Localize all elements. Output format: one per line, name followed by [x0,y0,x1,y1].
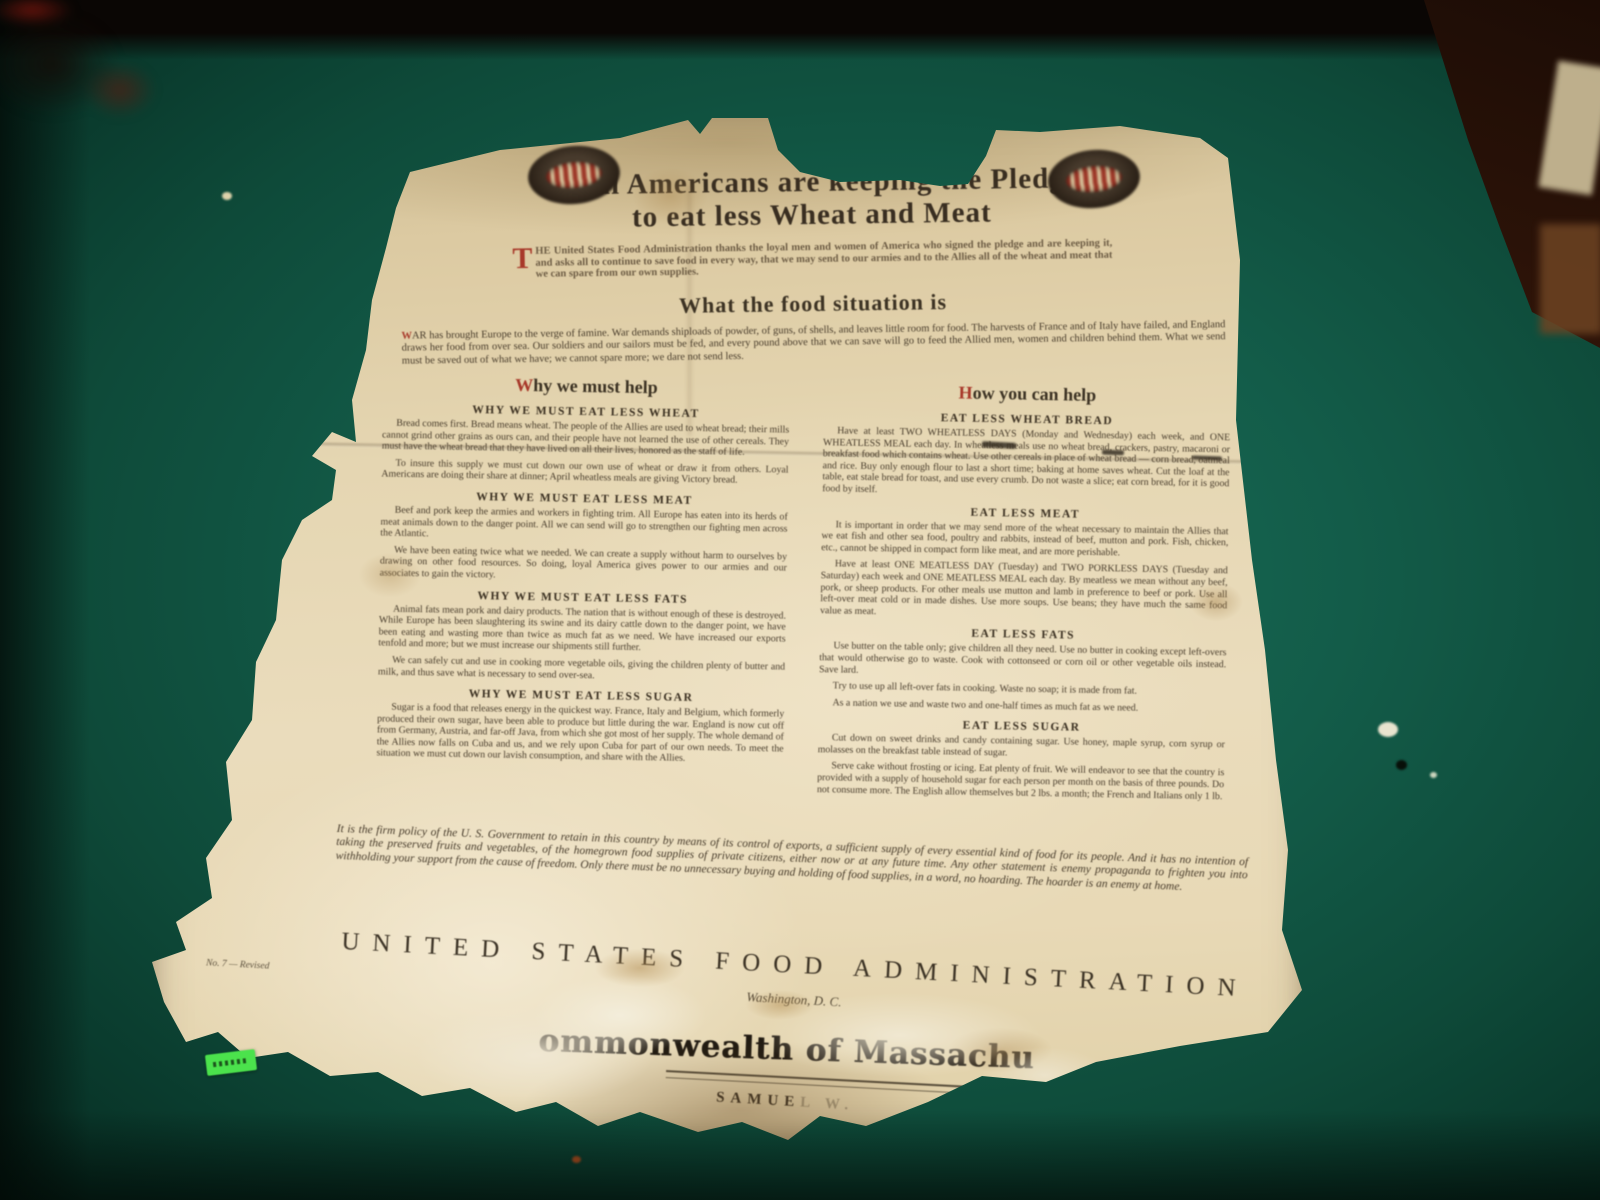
column-heading: How you can help [824,380,1231,408]
table-speck [572,1156,581,1163]
paragraph: Have at least ONE MEATLESS DAY (Tuesday)… [820,558,1228,623]
table-speck [1378,722,1398,737]
food-situation-paragraph: WAR has brought Europe to the verge of f… [401,319,1225,368]
green-inventory-sticker [205,1049,257,1076]
column-heading-initial: W [515,375,533,395]
table-speck [1396,760,1407,770]
intro-paragraph: THE United States Food Administration th… [512,238,1112,281]
column-heading-text: ow you can help [972,383,1096,405]
paragraph: Use butter on the table only; give child… [819,640,1227,682]
paragraph: It is important in order that we may sen… [821,519,1229,561]
paragraph: Bread comes first. Bread means wheat. Th… [382,417,790,459]
paragraph: Serve cake without frosting or icing. Ea… [817,761,1225,803]
background-shadow-top [0,0,1600,60]
paragraph: We have been eating twice what we needed… [380,544,788,586]
table-stain-top-left [0,0,232,154]
intro-dropcap: T [512,246,535,272]
paragraph: To insure this supply we must cut down o… [381,457,788,487]
torn-poster: Loyal Americans are keeping the Pledge t… [140,100,1316,1152]
paragraph: Have at least TWO WHEATLESS DAYS (Monday… [822,425,1230,502]
closing-paragraph: It is the firm policy of the U. S. Gover… [335,823,1248,897]
photo-scene: Loyal Americans are keeping the Pledge t… [0,0,1600,1200]
section-heading-food-situation: What the food situation is [389,285,1237,323]
column-heading-initial: H [958,383,972,403]
two-column-body: Why we must help WHY WE MUST EAT LESS WH… [376,372,1231,807]
column-heading: Why we must help [383,372,790,400]
commonwealth-heading: ommonwealth of Massachu [326,1015,1247,1083]
paragraph: Cut down on sweet drinks and candy conta… [818,732,1225,762]
paragraph: Animal fats mean pork and dairy products… [378,603,786,656]
paragraph: We can safely cut and use in cooking mor… [378,654,785,684]
furniture-wood-patch [1540,224,1600,334]
background-shadow-left [0,0,90,1200]
signature-faded: L W. [800,1094,855,1113]
intro-text: HE United States Food Administration tha… [535,238,1112,280]
table-speck [222,192,232,200]
paragraph-text: AR has brought Europe to the verge of fa… [402,319,1226,367]
column-how-you-can-help: How you can help EAT LESS WHEAT BREAD Ha… [817,380,1231,807]
table-speck [1430,772,1437,778]
column-heading-text: hy we must help [533,375,658,397]
paragraph: Sugar is a food that releases energy in … [376,702,784,767]
paragraph: As a nation we use and waste two and one… [818,697,1225,716]
paragraph: Beef and pork keep the armies and worker… [380,504,788,546]
paragraph-initial: W [401,330,412,341]
poster-content: Loyal Americans are keeping the Pledge t… [364,128,1240,1161]
signature-visible: SAMUE [716,1089,801,1110]
column-why-we-must-help: Why we must help WHY WE MUST EAT LESS WH… [376,372,790,799]
paragraph: Try to use up all left-over fats in cook… [819,680,1226,699]
